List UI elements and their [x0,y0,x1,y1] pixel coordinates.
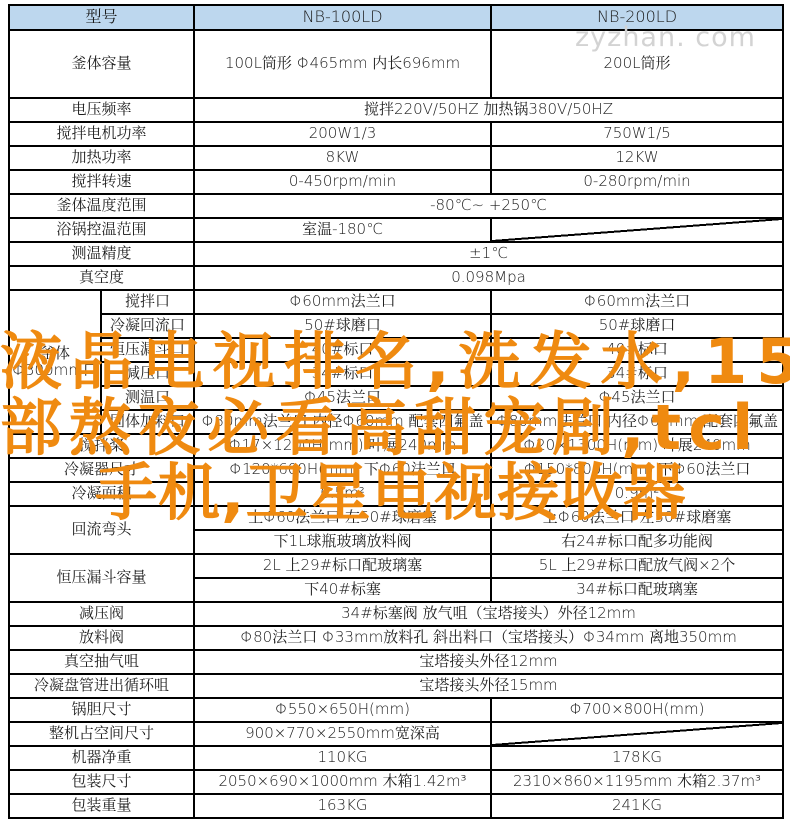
row-label: 冷凝盘管进出循环咀 [9,674,194,698]
row-label: 包装重量 [9,794,194,818]
row-label: 真空度 [9,266,194,290]
row-label: 搅拌转速 [9,170,194,194]
spec-cell: 右24#标口配多功能阀 [491,530,783,554]
spec-cell: Φ60mm法兰口 [491,290,783,314]
row-label: 真空抽气咀 [9,650,194,674]
spec-cell: 34#标口配玻璃塞 [491,578,783,602]
overlay-text-line-3: 手机,卫星电视接收器 [95,462,687,524]
spec-cell: 110KG [194,746,491,770]
spec-cell: 8KW [194,146,491,170]
spec-cell: 0.098Mpa [194,266,783,290]
spec-cell: NB-100LD [194,5,491,30]
spec-cell: 178KG [491,746,783,770]
spec-cell: 241KG [491,794,783,818]
spec-cell: 宝塔接头外径15mm [194,674,783,698]
row-label: 机器净重 [9,746,194,770]
spec-cell [491,722,783,746]
row-label: 减压阀 [9,602,194,626]
spec-cell: ±1℃ [194,242,783,266]
spec-cell: Φ80法兰口 Φ33mm放料孔 斜出料口（宝塔接头）Φ34mm 离地350mm [194,626,783,650]
spec-cell: Φ60mm法兰口 [194,290,491,314]
row-label: 搅拌口 [101,290,194,314]
spec-cell: 宝塔接头外径12mm [194,650,783,674]
spec-cell: 163KG [194,794,491,818]
row-label: 放料阀 [9,626,194,650]
spec-cell: 2L 上29#标口配玻璃塞 [194,554,491,578]
spec-cell: Φ700×800H(mm) [491,698,783,722]
spec-cell: 搅拌220V/50HZ 加热锅380V/50HZ [194,98,783,122]
row-label: 搅拌电机功率 [9,122,194,146]
row-label: 测温精度 [9,242,194,266]
row-label: 电压频率 [9,98,194,122]
spec-cell: 0-280rpm/min [491,170,783,194]
spec-cell: -80℃~ +250℃ [194,194,783,218]
spec-cell: 200W1/3 [194,122,491,146]
spec-cell [491,218,783,242]
row-label: 整机占空间尺寸 [9,722,194,746]
row-label: 加热功率 [9,146,194,170]
spec-cell: 下1L球瓶玻璃放料阀 [194,530,491,554]
spec-cell: 2310×860×1195mm 木箱2.37m³ [491,770,783,794]
spec-cell: Φ550×650H(mm) [194,698,491,722]
page: 型号NB-100LDNB-200LD釜体容量100L筒形 Φ465mm 内长69… [0,0,790,835]
spec-cell: 2050×690×1000mm 木箱1.42m³ [194,770,491,794]
spec-cell: 34#标塞阀 放气咀（宝塔接头）外径12mm [194,602,783,626]
spec-cell: 下40#标塞 [194,578,491,602]
spec-cell: 12KW [491,146,783,170]
spec-cell: 900×770×2550mm宽深高 [194,722,491,746]
row-label: 包装尺寸 [9,770,194,794]
row-label: 釜体容量 [9,30,194,98]
row-label: 锅胆尺寸 [9,698,194,722]
overlay-text-line-1: 液晶电视排名,洗发水,15 [0,331,790,393]
spec-cell: 0-450rpm/min [194,170,491,194]
spec-cell: 750W1/5 [491,122,783,146]
overlay-text-line-2: 部熬夜必看高甜宠剧,tcl [0,397,760,459]
spec-cell: 室温-180℃ [194,218,491,242]
row-label: 釜体温度范围 [9,194,194,218]
spec-cell: 100L筒形 Φ465mm 内长696mm [194,30,491,98]
watermark: zyzhan. com [575,22,790,53]
row-label: 恒压漏斗容量 [9,554,194,602]
spec-cell: 5L 上29#标口配放气阀×2个 [491,554,783,578]
row-label: 浴锅控温范围 [9,218,194,242]
row-label: 型号 [9,5,194,30]
